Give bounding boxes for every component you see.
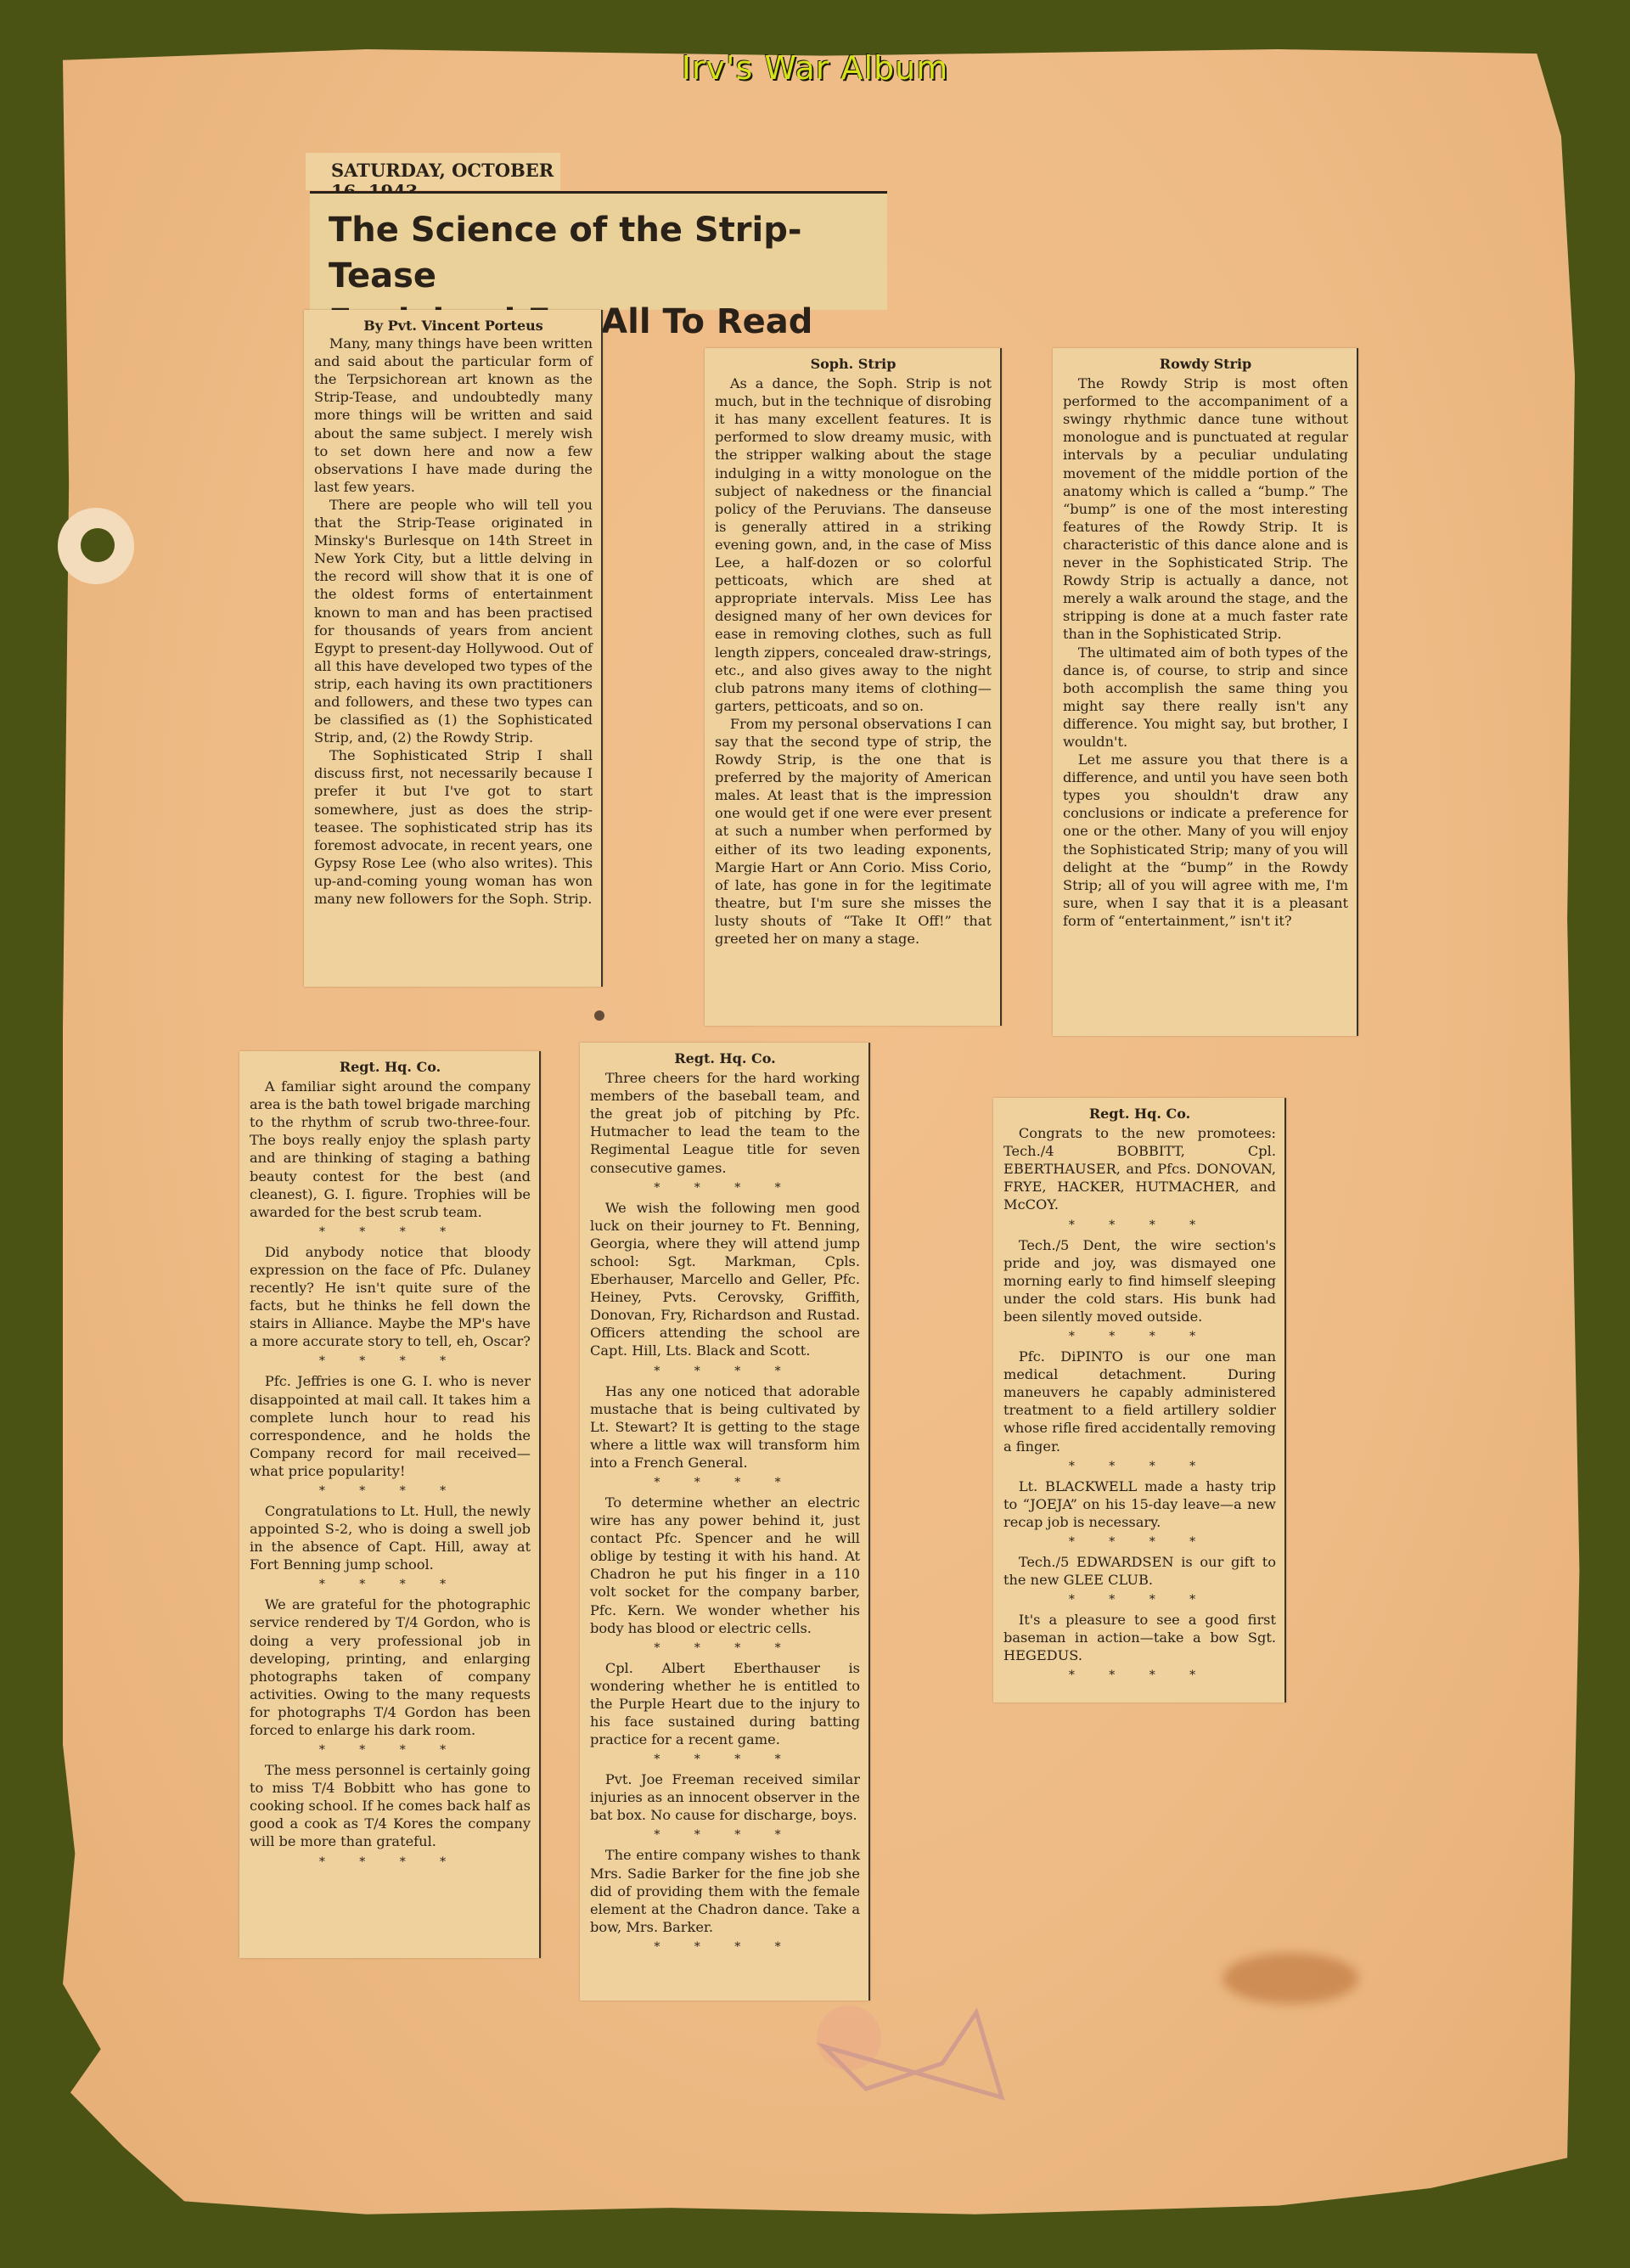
separator-stars: * * * * <box>1003 1327 1276 1346</box>
separator-stars: * * * * <box>590 1362 860 1381</box>
separator-stars: * * * * <box>250 1741 531 1759</box>
separator-stars: * * * * <box>250 1575 531 1594</box>
separator-stars: * * * * <box>1003 1666 1276 1685</box>
airplane-sketch-icon <box>815 1995 1044 2131</box>
dateline: SATURDAY, OCTOBER 16, 1943 <box>306 153 560 190</box>
headline: The Science of the Strip-Tease Explained… <box>310 191 887 310</box>
news-column-2: Regt. Hq. Co.Three cheers for the hard w… <box>580 1043 870 2001</box>
separator-stars: * * * * <box>590 1750 860 1769</box>
separator-stars: * * * * <box>1003 1533 1276 1551</box>
separator-stars: * * * * <box>590 1938 860 1956</box>
article-paragraph: Many, many things have been written and … <box>314 335 593 496</box>
news-item: Three cheers for the hard working member… <box>590 1069 860 1177</box>
article-paragraph: The Rowdy Strip is most often performed … <box>1063 374 1348 643</box>
news-item: To determine whether an electric wire ha… <box>590 1494 860 1637</box>
stain-mark <box>1222 1953 1358 2004</box>
section-heading: Soph. Strip <box>715 355 992 373</box>
separator-stars: * * * * <box>590 1639 860 1657</box>
news-column-3: Regt. Hq. Co.Congrats to the new promote… <box>993 1098 1286 1702</box>
news-item: The entire company wishes to thank Mrs. … <box>590 1846 860 1935</box>
album-title: Irv's War Album <box>0 49 1630 87</box>
byline: By Pvt. Vincent Porteus <box>314 317 593 335</box>
separator-stars: * * * * <box>250 1482 531 1500</box>
news-item: Congratulations to Lt. Hull, the newly a… <box>250 1502 531 1573</box>
news-item: Pvt. Joe Freeman received similar injuri… <box>590 1770 860 1824</box>
news-item: Tech./5 Dent, the wire section's pride a… <box>1003 1236 1276 1325</box>
news-item: We are grateful for the photographic ser… <box>250 1595 531 1739</box>
separator-stars: * * * * <box>1003 1216 1276 1235</box>
news-item: Cpl. Albert Eberthauser is wondering whe… <box>590 1659 860 1748</box>
separator-stars: * * * * <box>1003 1457 1276 1476</box>
article-soph-column: Soph. Strip As a dance, the Soph. Strip … <box>705 348 1002 1026</box>
article-paragraph: As a dance, the Soph. Strip is not much,… <box>715 374 992 715</box>
news-item: Did anybody notice that bloody expressio… <box>250 1243 531 1351</box>
news-item: The mess personnel is certainly going to… <box>250 1761 531 1850</box>
article-paragraph: The Sophisticated Strip I shall discuss … <box>314 746 593 908</box>
ink-spot <box>594 1010 604 1021</box>
punch-hole-reinforcement <box>58 508 134 584</box>
separator-stars: * * * * <box>590 1179 860 1197</box>
separator-stars: * * * * <box>590 1473 860 1492</box>
separator-stars: * * * * <box>250 1853 531 1871</box>
section-heading: Rowdy Strip <box>1063 355 1348 373</box>
separator-stars: * * * * <box>590 1826 860 1844</box>
article-intro-column: By Pvt. Vincent Porteus Many, many thing… <box>304 310 603 987</box>
news-item: It's a pleasure to see a good first base… <box>1003 1611 1276 1664</box>
article-paragraph: Let me assure you that there is a differ… <box>1063 751 1348 930</box>
article-rowdy-column: Rowdy Strip The Rowdy Strip is most ofte… <box>1053 348 1358 1036</box>
column-heading: Regt. Hq. Co. <box>250 1058 531 1076</box>
news-item: Pfc. DiPINTO is our one man medical deta… <box>1003 1348 1276 1455</box>
news-item: Lt. BLACKWELL made a hasty trip to “JOEJ… <box>1003 1477 1276 1531</box>
separator-stars: * * * * <box>250 1223 531 1241</box>
article-paragraph: From my personal observations I can say … <box>715 715 992 948</box>
news-item: Has any one noticed that adorable mustac… <box>590 1382 860 1472</box>
article-paragraph: There are people who will tell you that … <box>314 496 593 746</box>
separator-stars: * * * * <box>250 1352 531 1370</box>
news-column-1: Regt. Hq. Co.A familiar sight around the… <box>239 1051 541 1958</box>
news-item: Pfc. Jeffries is one G. I. who is never … <box>250 1372 531 1480</box>
column-heading: Regt. Hq. Co. <box>590 1050 860 1067</box>
separator-stars: * * * * <box>1003 1590 1276 1609</box>
article-paragraph: The ultimated aim of both types of the d… <box>1063 644 1348 751</box>
news-item: We wish the following men good luck on t… <box>590 1199 860 1360</box>
headline-line-1: The Science of the Strip-Tease <box>329 207 887 299</box>
news-item: Tech./5 EDWARDSEN is our gift to the new… <box>1003 1553 1276 1589</box>
news-item: A familiar sight around the company area… <box>250 1078 531 1221</box>
column-heading: Regt. Hq. Co. <box>1003 1105 1276 1123</box>
news-item: Congrats to the new promotees: Tech./4 B… <box>1003 1124 1276 1213</box>
